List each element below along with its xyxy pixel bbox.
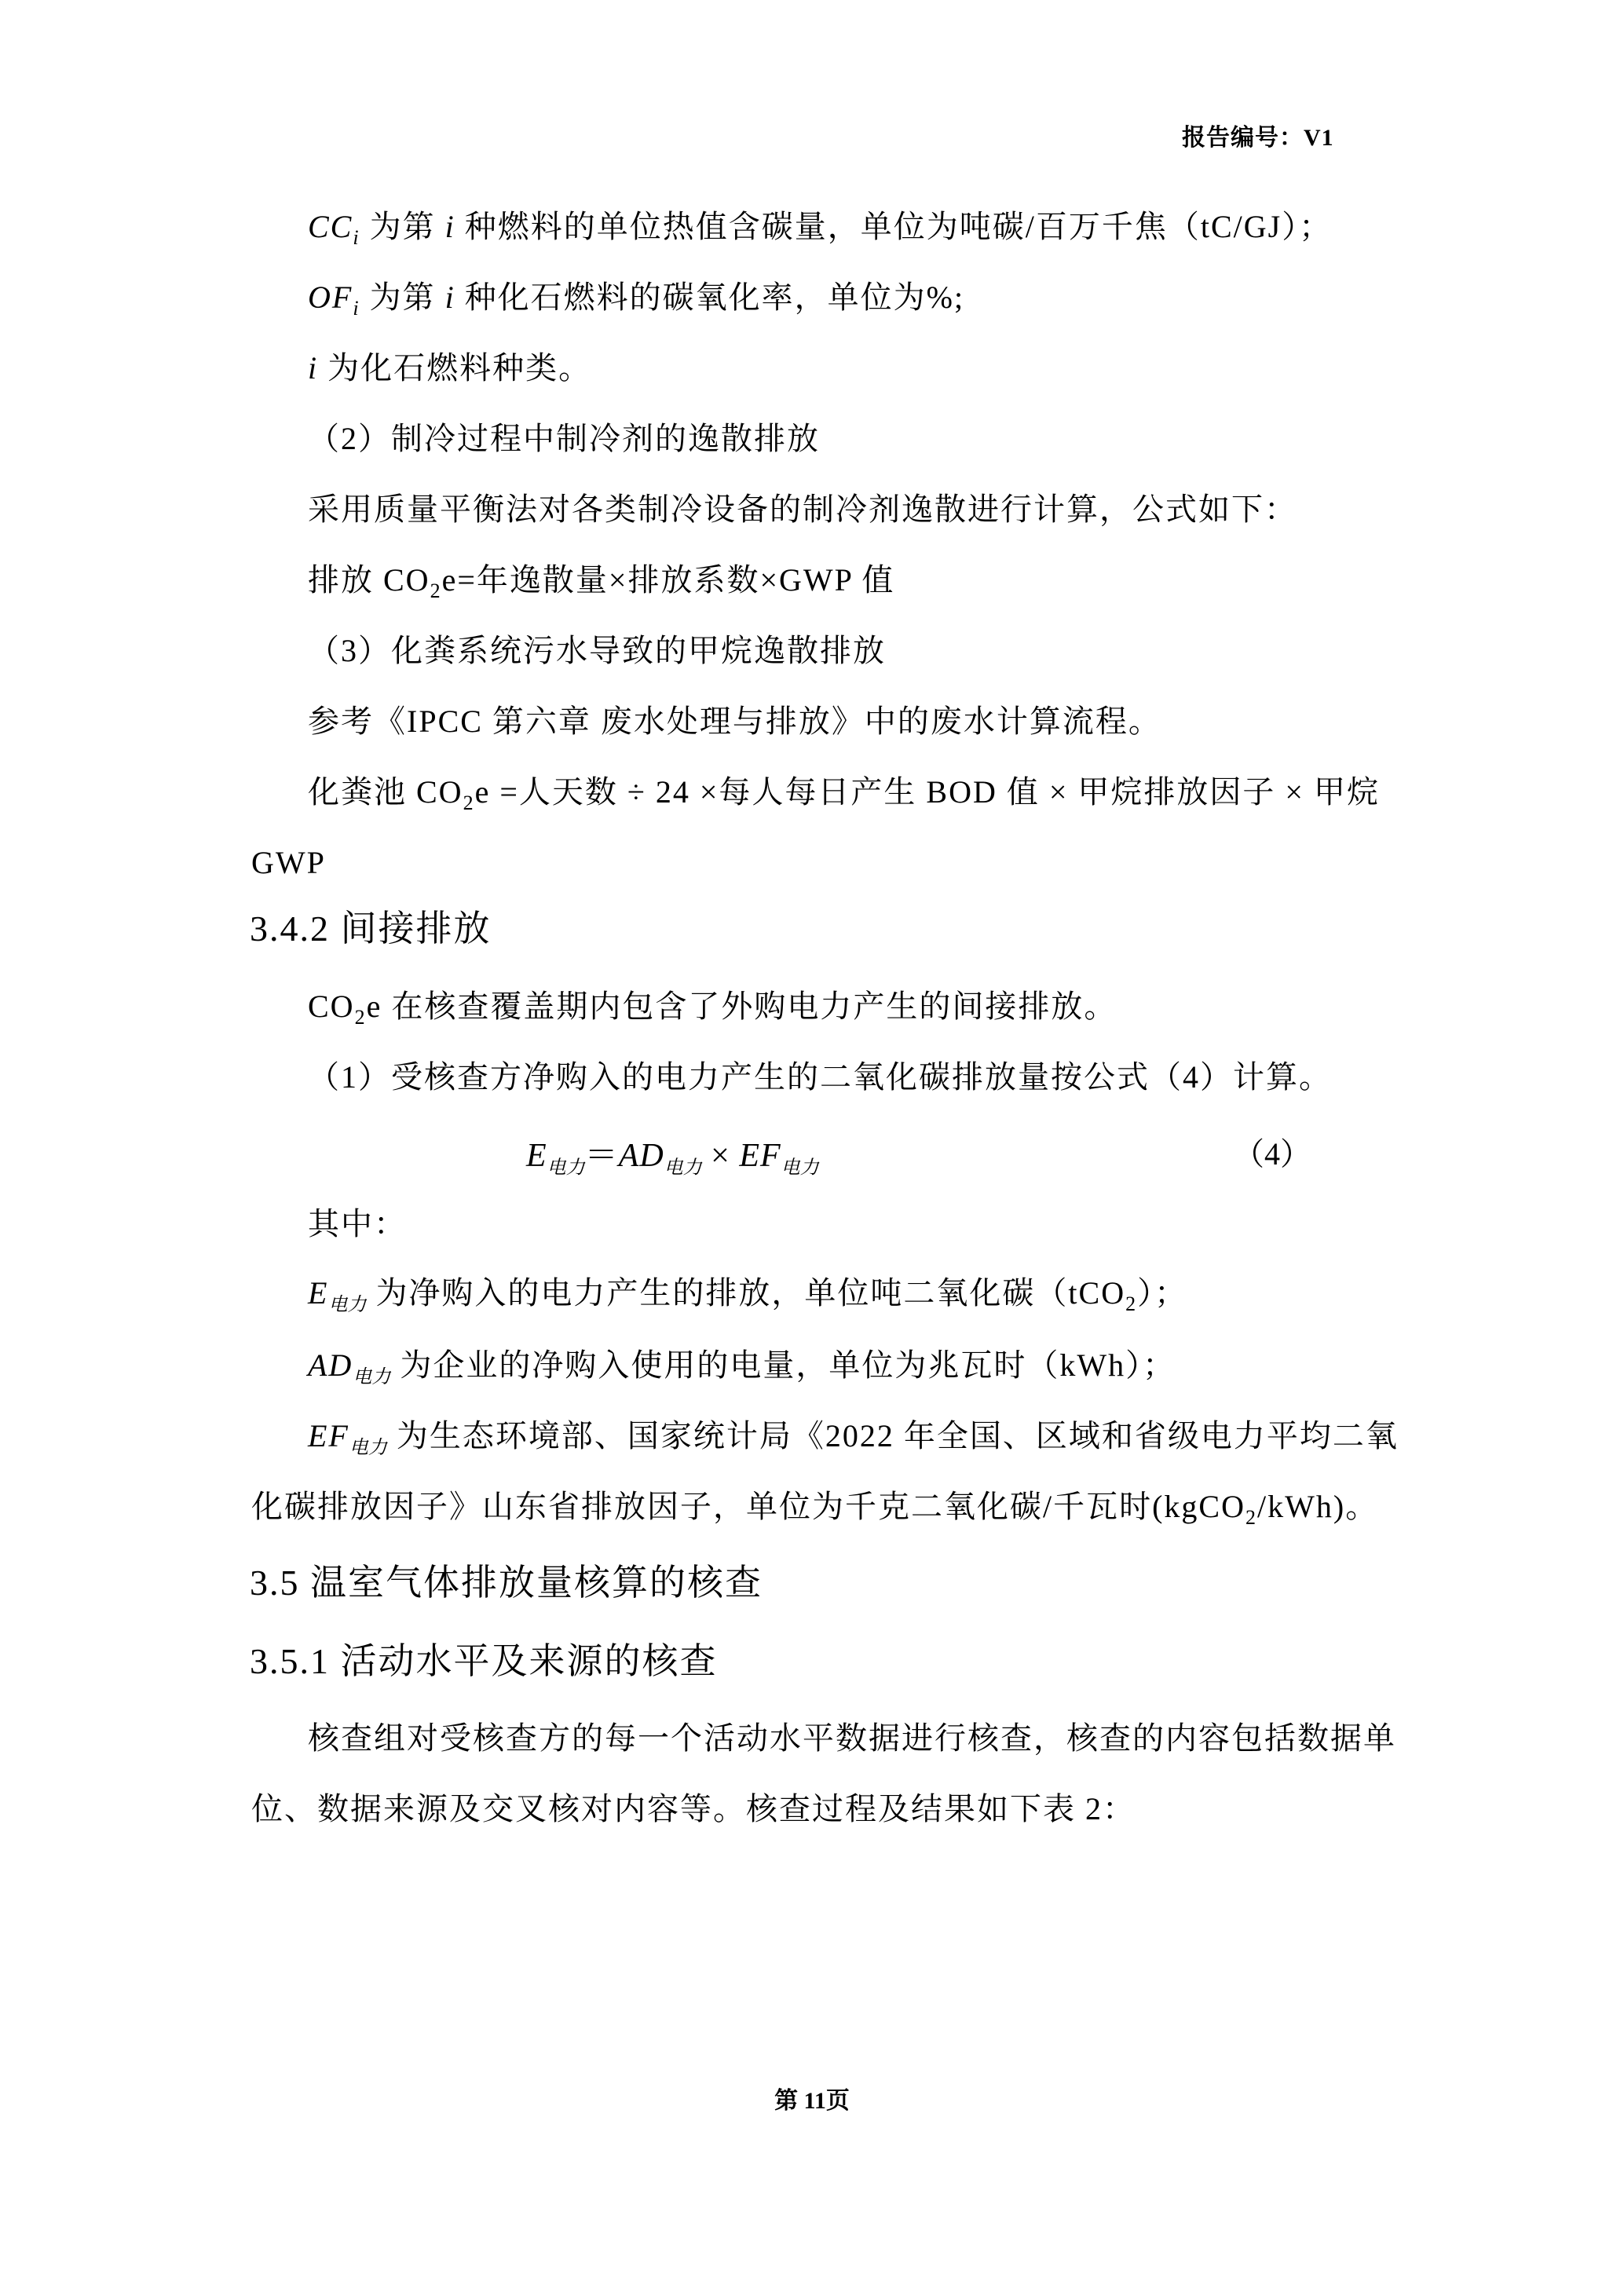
heading-text: 3.4.2 间接排放 (250, 909, 492, 949)
variable-cc: CC (308, 209, 353, 244)
body-line: 核查组对受核查方的每一个活动水平数据进行核查，核查的内容包括数据单 (308, 1720, 1396, 1757)
variable-of: OF (308, 280, 353, 315)
body-text: 化粪池 CO (308, 774, 463, 810)
body-text: 采用质量平衡法对各类制冷设备的制冷剂逸散进行计算，公式如下： (308, 492, 1297, 527)
body-line: CO2e 在核查覆盖期内包含了外购电力产生的间接排放。 (308, 988, 1117, 1026)
body-text: 化碳排放因子》山东省排放因子，单位为千克二氧化碳/千瓦时(kgCO (251, 1489, 1245, 1524)
page-footer-page-number: 第 11页 (0, 2081, 1624, 2115)
body-line: EF电力 为生态环境部、国家统计局《2022 年全国、区域和省级电力平均二氧 (308, 1417, 1399, 1455)
variable-ad-subscript: 电力 (664, 1157, 702, 1178)
body-line: OFi 为第 i 种化石燃料的碳氧化率，单位为%; (308, 279, 964, 316)
body-text: （3）化粪系统污水导致的甲烷逸散排放 (308, 633, 886, 668)
variable-i: i (445, 280, 455, 315)
body-text: ）； (1137, 1275, 1187, 1311)
body-text: CO (308, 989, 355, 1024)
page-header-report-number: 报告编号：V1 (1182, 118, 1334, 152)
body-line: 排放 CO2e=年逸散量×排放系数×GWP 值 (308, 561, 894, 599)
body-text: 为生态环境部、国家统计局《2022 年全国、区域和省级电力平均二氧 (387, 1418, 1399, 1453)
body-text: 为第 (360, 209, 445, 244)
body-text: e =人天数 ÷ 24 ×每人每日产生 BOD 值 × 甲烷排放因子 × 甲烷 (475, 774, 1380, 810)
equation-number: （4） (1233, 1129, 1311, 1174)
page-number-text: 第 11页 (774, 2088, 850, 2114)
equation-electricity-emissions: E电力＝AD电力 × EF电力 (526, 1129, 819, 1176)
body-text: 位、数据来源及交叉核对内容等。核查过程及结果如下表 2： (251, 1791, 1136, 1826)
body-text: e 在核查覆盖期内包含了外购电力产生的间接排放。 (367, 989, 1117, 1024)
body-text: （2）制冷过程中制冷剂的逸散排放 (308, 421, 820, 456)
variable-ef-subscript: 电力 (349, 1438, 387, 1458)
body-text: 种化石燃料的碳氧化率，单位为%; (455, 280, 964, 315)
document-page: 报告编号：V1 CCi 为第 i 种燃料的单位热值含碳量，单位为吨碳/百万千焦（… (0, 0, 1624, 2296)
variable-i: i (308, 350, 318, 386)
body-text: 参考《IPCC 第六章 废水处理与排放》中的废水计算流程。 (308, 704, 1161, 739)
body-text: 核查组对受核查方的每一个活动水平数据进行核查，核查的内容包括数据单 (308, 1720, 1396, 1756)
body-text: GWP (251, 845, 326, 880)
variable-ef: EF (308, 1418, 349, 1453)
body-text: 种燃料的单位热值含碳量，单位为吨碳/百万千焦（tC/GJ）； (455, 209, 1332, 244)
section-heading-3-5: 3.5 温室气体排放量核算的核查 (250, 1561, 763, 1604)
variable-of-subscript: i (353, 297, 360, 320)
body-line: AD电力 为企业的净购入使用的电量，单位为兆瓦时（kWh）； (308, 1347, 1176, 1384)
body-text: 为净购入的电力产生的排放，单位吨二氧化碳（tCO (366, 1275, 1125, 1311)
variable-ef: EF (739, 1138, 781, 1174)
co2-subscript: 2 (355, 1006, 367, 1029)
body-text: 为企业的净购入使用的电量，单位为兆瓦时（kWh）； (390, 1347, 1176, 1383)
heading-text: 3.5 温室气体排放量核算的核查 (250, 1563, 763, 1603)
body-line: 参考《IPCC 第六章 废水处理与排放》中的废水计算流程。 (308, 703, 1161, 740)
variable-e: E (526, 1138, 547, 1174)
body-text: 排放 CO (308, 562, 430, 598)
co2-subscript: 2 (463, 792, 475, 814)
variable-cc-subscript: i (353, 226, 360, 249)
body-line: 化碳排放因子》山东省排放因子，单位为千克二氧化碳/千瓦时(kgCO2/kWh)。 (251, 1488, 1378, 1526)
body-line: CCi 为第 i 种燃料的单位热值含碳量，单位为吨碳/百万千焦（tC/GJ）； (308, 208, 1332, 246)
heading-text: 3.5.1 活动水平及来源的核查 (250, 1641, 718, 1681)
body-line: 化粪池 CO2e =人天数 ÷ 24 ×每人每日产生 BOD 值 × 甲烷排放因… (308, 773, 1380, 811)
variable-ef-subscript: 电力 (781, 1157, 819, 1178)
body-line: E电力 为净购入的电力产生的排放，单位吨二氧化碳（tCO2）； (308, 1274, 1187, 1312)
variable-ad: AD (619, 1138, 664, 1174)
equals-sign: ＝ (585, 1138, 619, 1174)
variable-i: i (445, 209, 455, 244)
body-line: （3）化粪系统污水导致的甲烷逸散排放 (308, 632, 886, 670)
co2-subscript: 2 (1245, 1506, 1257, 1529)
body-line: 位、数据来源及交叉核对内容等。核查过程及结果如下表 2： (251, 1790, 1136, 1828)
body-text: 为化石燃料种类。 (318, 350, 591, 386)
section-heading-3-5-1: 3.5.1 活动水平及来源的核查 (250, 1640, 718, 1683)
multiplication-sign: × (702, 1138, 740, 1174)
body-line: 采用质量平衡法对各类制冷设备的制冷剂逸散进行计算，公式如下： (308, 491, 1297, 528)
variable-e-subscript: 电力 (547, 1157, 585, 1178)
variable-ad-subscript: 电力 (353, 1367, 390, 1387)
body-text: 其中： (308, 1206, 407, 1241)
body-line: （1）受核查方净购入的电力产生的二氧化碳排放量按公式（4）计算。 (308, 1058, 1332, 1096)
body-line: i 为化石燃料种类。 (308, 349, 591, 387)
body-line: GWP (251, 844, 326, 882)
equation-number-text: （4） (1233, 1136, 1311, 1172)
body-text: 为第 (360, 280, 445, 315)
co2-subscript: 2 (1125, 1292, 1137, 1315)
report-number-text: 报告编号：V1 (1182, 125, 1334, 151)
body-text: （1）受核查方净购入的电力产生的二氧化碳排放量按公式（4）计算。 (308, 1059, 1332, 1095)
body-text: e=年逸散量×排放系数×GWP 值 (442, 562, 895, 598)
variable-e-subscript: 电力 (328, 1295, 366, 1315)
variable-ad: AD (308, 1347, 353, 1383)
section-heading-3-4-2: 3.4.2 间接排放 (250, 907, 492, 950)
body-line: 其中： (308, 1205, 407, 1243)
variable-e: E (308, 1275, 328, 1311)
body-line: （2）制冷过程中制冷剂的逸散排放 (308, 420, 820, 458)
co2-subscript: 2 (430, 579, 442, 602)
body-text: /kWh)。 (1257, 1489, 1378, 1524)
